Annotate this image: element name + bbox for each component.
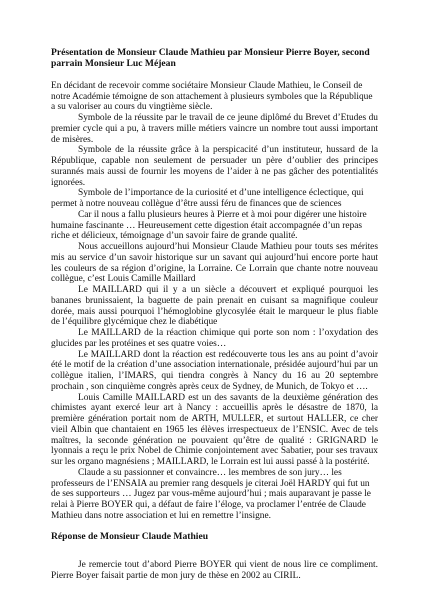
paragraph-symbol-teacher: Symbole de la réussite grâce à la perspi… [51, 145, 378, 188]
document-title: Présentation de Monsieur Claude Mathieu … [51, 48, 378, 70]
document-page: Présentation de Monsieur Claude Mathieu … [51, 48, 378, 582]
response-title: Réponse de Monsieur Claude Mathieu [51, 532, 378, 543]
paragraph-response: Je remercie tout d’abord Pierre BOYER qu… [51, 560, 378, 582]
paragraph-maillard-discovery: Le MAILLARD qui il y a un siècle a décou… [51, 285, 378, 328]
paragraph-jury: Claude a su passionner et convaincre… le… [51, 468, 378, 522]
paragraph-digestion: Car il nous a fallu plusieurs heures à P… [51, 210, 378, 242]
paragraph-maillard-imars: Le MAILLARD dont la réaction est redécou… [51, 350, 378, 393]
paragraph-maillard-generation: Louis Camille MAILLARD est un des savant… [51, 393, 378, 468]
paragraph-maillard-reaction: Le MAILLARD de la réaction chimique qui … [51, 328, 378, 350]
paragraph-symbol-curiosity: Symbole de l’importance de la curiosité … [51, 188, 378, 210]
paragraph-welcome: Nous accueillons aujourd’hui Monsieur Cl… [51, 242, 378, 285]
paragraph-symbol-work: Symbole de la réussite par le travail de… [51, 113, 378, 145]
paragraph-intro: En décidant de recevoir comme sociétaire… [51, 81, 378, 113]
